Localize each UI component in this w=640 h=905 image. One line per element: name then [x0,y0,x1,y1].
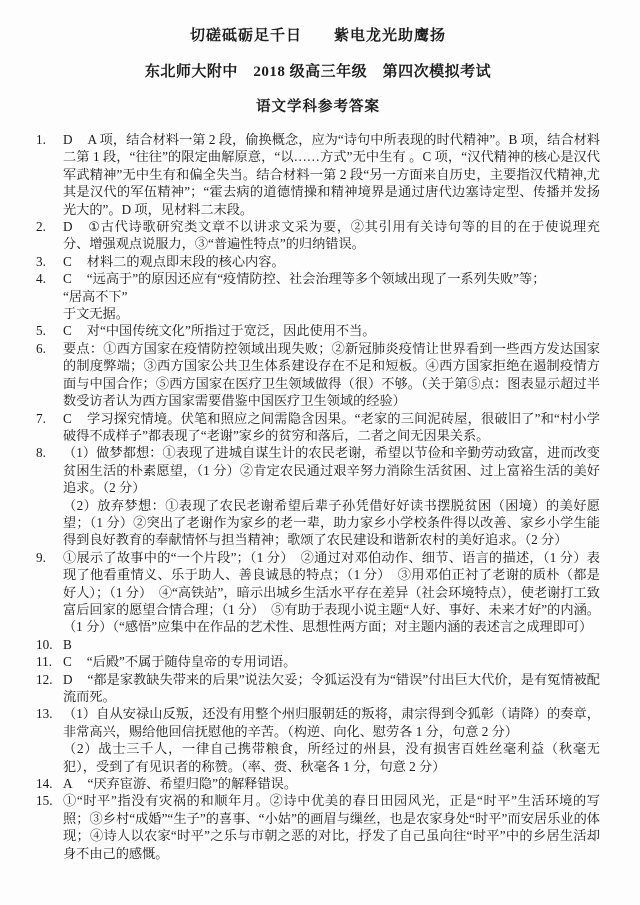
answer-text: （1）自从安禄山反叛，还没有用整个州归服朝廷的叛将，肃宗得到令狐彰（请降）的奏章… [63,706,600,773]
answer-letter: A [63,776,73,791]
answer-item-14: 14.A“厌弃宦游、希望归隐”的解释错误。 [36,775,600,792]
answer-body: D“都是家教缺失带来的后果”说法欠妥；令狐运没有为“错误”付出巨大代价，是有冤情… [63,671,600,706]
answer-item-10: 10.B [36,636,600,653]
question-number: 2. [36,218,63,235]
answer-item-2: 2.D①古代诗歌研究类文章不以讲求文采为要，②其引用有关诗句等的目的在于使说理充… [36,218,600,253]
answer-item-3: 3.C材料二的观点即末段的核心内容。 [36,253,600,270]
question-number: 13. [36,705,63,722]
answer-body: C材料二的观点即末段的核心内容。 [63,253,600,270]
answer-letter: C [63,254,72,269]
question-number: 10. [36,636,63,653]
exam-answer-key-page: 切磋砥砺足千日 紫电龙光助鹰扬 东北师大附中 2018 级高三年级 第四次模拟考… [0,0,640,905]
question-number: 11. [36,653,63,670]
answer-text: “远高于”的原因还应有“疫情防控、社会治理等多个领域出现了一系列失败”等； “居… [63,271,545,321]
answer-body: A“厌弃宦游、希望归隐”的解释错误。 [63,775,600,792]
answer-item-5: 5.C对“中国传统文化”所指过于宽泛，因此使用不当。 [36,322,600,339]
answer-text: 材料二的观点即末段的核心内容。 [87,254,285,269]
answer-body: D①古代诗歌研究类文章不以讲求文采为要，②其引用有关诗句等的目的在于使说理充分、… [63,218,600,253]
answer-body: C“远高于”的原因还应有“疫情防控、社会治理等多个领域出现了一系列失败”等； “… [63,270,600,322]
question-number: 5. [36,322,63,339]
question-number: 14. [36,775,63,792]
question-number: 8. [36,444,63,461]
answer-item-6: 6.要点：①西方国家在疫情防控领域出现失败；②新冠肺炎疫情让世界看到一些西方发达… [36,340,600,410]
answer-item-4: 4.C“远高于”的原因还应有“疫情防控、社会治理等多个领域出现了一系列失败”等；… [36,270,600,322]
answer-item-11: 11.C“后殿”不属于随侍皇帝的专用词语。 [36,653,600,670]
answer-body: C学习探究情境。伏笔和照应之间需隐含因果。“老家的三间泥砖屋，很破旧了”和“村小… [63,410,600,445]
question-number: 4. [36,270,63,287]
answer-key-title: 语文学科参考答案 [36,95,600,116]
answer-text: ①古代诗歌研究类文章不以讲求文采为要，②其引用有关诗句等的目的在于使说理充分、增… [63,219,600,251]
answer-letter: C [63,323,72,338]
answer-text: 要点：①西方国家在疫情防控领域出现失败；②新冠肺炎疫情让世界看到一些西方发达国家… [63,341,600,408]
question-number: 3. [36,253,63,270]
exam-title-line: 东北师大附中 2018 级高三年级 第四次模拟考试 [36,60,600,81]
answer-letter: D [63,132,73,147]
question-number: 6. [36,340,63,357]
answer-item-12: 12.D“都是家教缺失带来的后果”说法欠妥；令狐运没有为“错误”付出巨大代价，是… [36,671,600,706]
question-number: 12. [36,671,63,688]
answer-letter: B [63,637,72,652]
answer-text: 对“中国传统文化”所指过于宽泛，因此使用不当。 [87,323,376,338]
answer-item-15: 15.①“时平”指没有灾祸的和顺年月。②诗中优美的春日田园风光，正是“时平”生活… [36,792,600,862]
answer-letter: C [63,271,72,286]
motto-line: 切磋砥砺足千日 紫电龙光助鹰扬 [36,24,600,45]
answer-letter: C [63,654,72,669]
answer-body: ①“时平”指没有灾祸的和顺年月。②诗中优美的春日田园风光，正是“时平”生活环境的… [63,792,600,862]
answer-item-7: 7.C学习探究情境。伏笔和照应之间需隐含因果。“老家的三间泥砖屋，很破旧了”和“… [36,410,600,445]
answer-letter: D [63,672,73,687]
answer-letter: D [63,219,73,234]
answer-item-13: 13.（1）自从安禄山反叛，还没有用整个州归服朝廷的叛将，肃宗得到令狐彰（请降）… [36,705,600,775]
answer-body: C“后殿”不属于随侍皇帝的专用词语。 [63,653,600,670]
answer-text: ①“时平”指没有灾祸的和顺年月。②诗中优美的春日田园风光，正是“时平”生活环境的… [63,793,600,860]
answer-body: C对“中国传统文化”所指过于宽泛，因此使用不当。 [63,322,600,339]
answer-body: B [63,636,600,653]
question-number: 15. [36,792,63,809]
answer-text: “厌弃宦游、希望归隐”的解释错误。 [88,776,298,791]
question-number: 9. [36,549,63,566]
answer-text: “后殿”不属于随侍皇帝的专用词语。 [87,654,297,669]
answer-body: ①展示了故事中的“一个片段”；（1 分） ②通过对邓伯动作、细节、语言的描述，（… [63,549,600,636]
answer-letter: C [63,411,72,426]
answer-text: “都是家教缺失带来的后果”说法欠妥；令狐运没有为“错误”付出巨大代价，是有冤情被… [63,672,600,704]
answer-body: DA 项，结合材料一第 2 段，偷换概念，应为“诗句中所表现的时代精神”。B 项… [63,131,600,218]
answer-item-8: 8.（1）做梦都想：①表现了进城自谋生计的农民老谢，希望以节俭和辛勤劳动致富，进… [36,444,600,548]
answer-body: （1）自从安禄山反叛，还没有用整个州归服朝廷的叛将，肃宗得到令狐彰（请降）的奏章… [63,705,600,775]
answer-body: 要点：①西方国家在疫情防控领域出现失败；②新冠肺炎疫情让世界看到一些西方发达国家… [63,340,600,410]
answer-item-1: 1.DA 项，结合材料一第 2 段，偷换概念，应为“诗句中所表现的时代精神”。B… [36,131,600,218]
answer-text: ①展示了故事中的“一个片段”；（1 分） ②通过对邓伯动作、细节、语言的描述，（… [63,550,600,635]
answer-text: （1）做梦都想：①表现了进城自谋生计的农民老谢，希望以节俭和辛勤劳动致富，进而改… [63,445,600,547]
answer-item-9: 9.①展示了故事中的“一个片段”；（1 分） ②通过对邓伯动作、细节、语言的描述… [36,549,600,636]
answer-text: 学习探究情境。伏笔和照应之间需隐含因果。“老家的三间泥砖屋，很破旧了”和“村小学… [63,411,600,443]
answer-list: 1.DA 项，结合材料一第 2 段，偷换概念，应为“诗句中所表现的时代精神”。B… [36,131,600,862]
answer-text: A 项，结合材料一第 2 段，偷换概念，应为“诗句中所表现的时代精神”。B 项，… [63,132,600,217]
question-number: 1. [36,131,63,148]
question-number: 7. [36,410,63,427]
page-header: 切磋砥砺足千日 紫电龙光助鹰扬 东北师大附中 2018 级高三年级 第四次模拟考… [36,24,600,116]
answer-body: （1）做梦都想：①表现了进城自谋生计的农民老谢，希望以节俭和辛勤劳动致富，进而改… [63,444,600,548]
